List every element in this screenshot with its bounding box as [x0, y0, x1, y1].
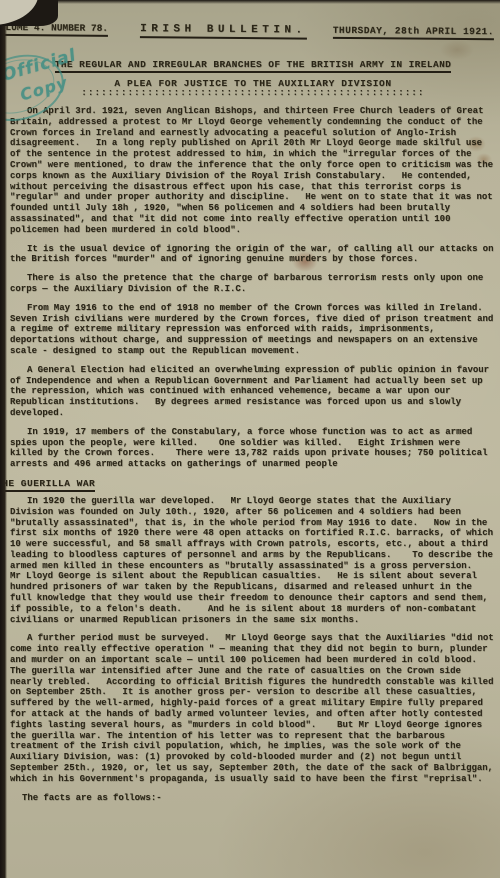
headline-primary: THE REGULAR AND IRREGULAR BRANCHES OF TH…	[55, 59, 452, 73]
masthead: VOLUME 4. NUMBER 78. IRISH BULLETIN. THU…	[10, 22, 496, 41]
bulletin-title: IRISH BULLETIN.	[140, 23, 307, 39]
paragraph-1: On April 3rd. 1921, seven Anglican Bisho…	[10, 106, 496, 236]
page-content: VOLUME 4. NUMBER 78. IRISH BULLETIN. THU…	[0, 0, 500, 878]
paragraph-6: In 1919, 17 members of the Constabulary,…	[10, 427, 496, 470]
paragraph-7: In 1920 the guerilla war developed. Mr L…	[10, 496, 496, 626]
scan-edge-top	[0, 0, 500, 4]
paragraph-2: It is the usual device of ignoring the o…	[10, 244, 496, 266]
paragraph-5: A General Election had elicited an overw…	[10, 365, 496, 419]
body-text: On April 3rd. 1921, seven Anglican Bisho…	[10, 106, 496, 803]
paragraph-3: There is also the pretence that the char…	[10, 273, 496, 295]
section-heading-guerilla-war: THE GUERILLA WAR	[0, 478, 95, 492]
closing-line: The facts are as follows:-	[10, 793, 496, 804]
paragraph-4: From May 1916 to the end of 1918 no memb…	[10, 303, 496, 357]
paragraph-8: A further period must be surveyed. Mr Ll…	[10, 633, 496, 784]
scan-edge-left	[0, 0, 7, 878]
issue-date: THURSDAY, 28th APRIL 1921.	[333, 25, 494, 40]
document-page: VOLUME 4. NUMBER 78. IRISH BULLETIN. THU…	[0, 0, 500, 878]
